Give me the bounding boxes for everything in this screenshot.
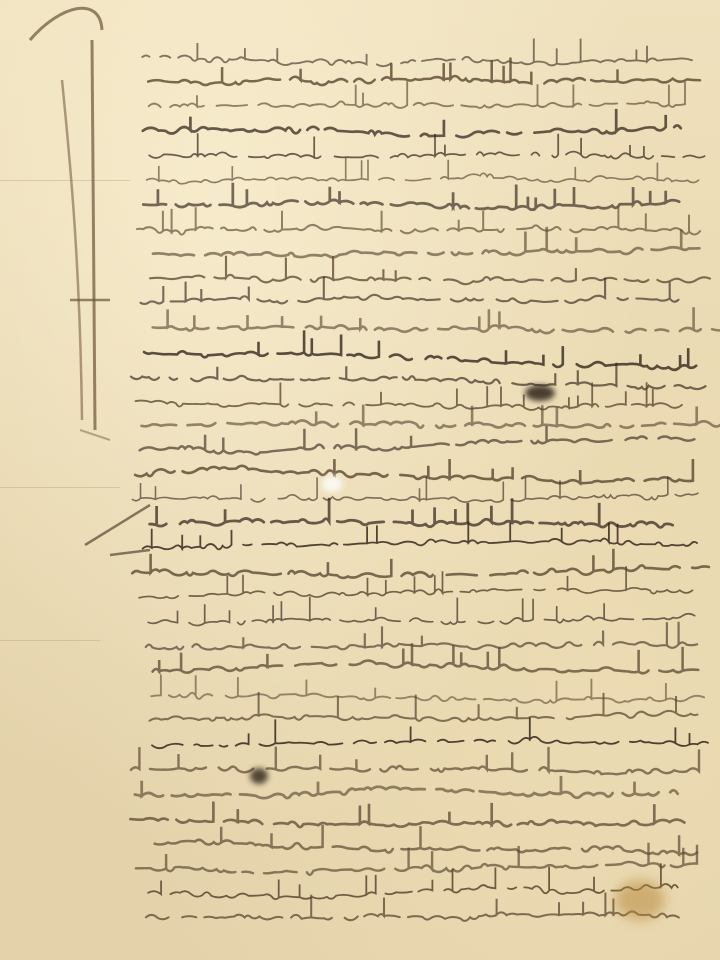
handwritten-line — [135, 776, 678, 798]
handwritten-line — [135, 459, 693, 483]
handwritten-line — [150, 692, 698, 722]
flourish-stroke — [30, 8, 102, 40]
handwritten-line — [149, 133, 704, 159]
handwritten-line — [148, 597, 694, 626]
handwritten-line — [140, 426, 705, 454]
handwritten-line — [155, 825, 698, 855]
handwriting-strokes — [0, 0, 720, 960]
handwritten-line — [147, 157, 706, 183]
handwritten-line — [150, 256, 720, 285]
handwritten-line — [144, 330, 696, 369]
handwritten-line — [142, 405, 720, 428]
ink-blot — [525, 385, 555, 401]
handwritten-line — [136, 843, 710, 875]
handwritten-line — [142, 39, 692, 67]
handwritten-line — [151, 675, 704, 703]
margin-line — [92, 40, 95, 430]
handwritten-line — [148, 863, 685, 899]
light-spot — [322, 476, 342, 492]
handwritten-line — [152, 718, 708, 749]
handwritten-line — [148, 58, 700, 86]
handwritten-line — [137, 207, 700, 234]
handwritten-line — [143, 109, 681, 137]
stain — [615, 880, 665, 920]
handwritten-line — [130, 801, 684, 827]
manuscript-page — [0, 0, 720, 960]
handwritten-line — [131, 747, 699, 775]
ink-blot — [250, 768, 268, 784]
handwritten-line — [153, 307, 720, 333]
handwritten-line — [146, 622, 697, 650]
handwritten-line — [141, 277, 679, 304]
handwritten-line — [136, 382, 689, 410]
handwritten-line — [150, 498, 682, 528]
handwritten-line — [143, 183, 693, 210]
handwritten-line — [131, 363, 706, 390]
handwritten-line — [132, 549, 709, 578]
